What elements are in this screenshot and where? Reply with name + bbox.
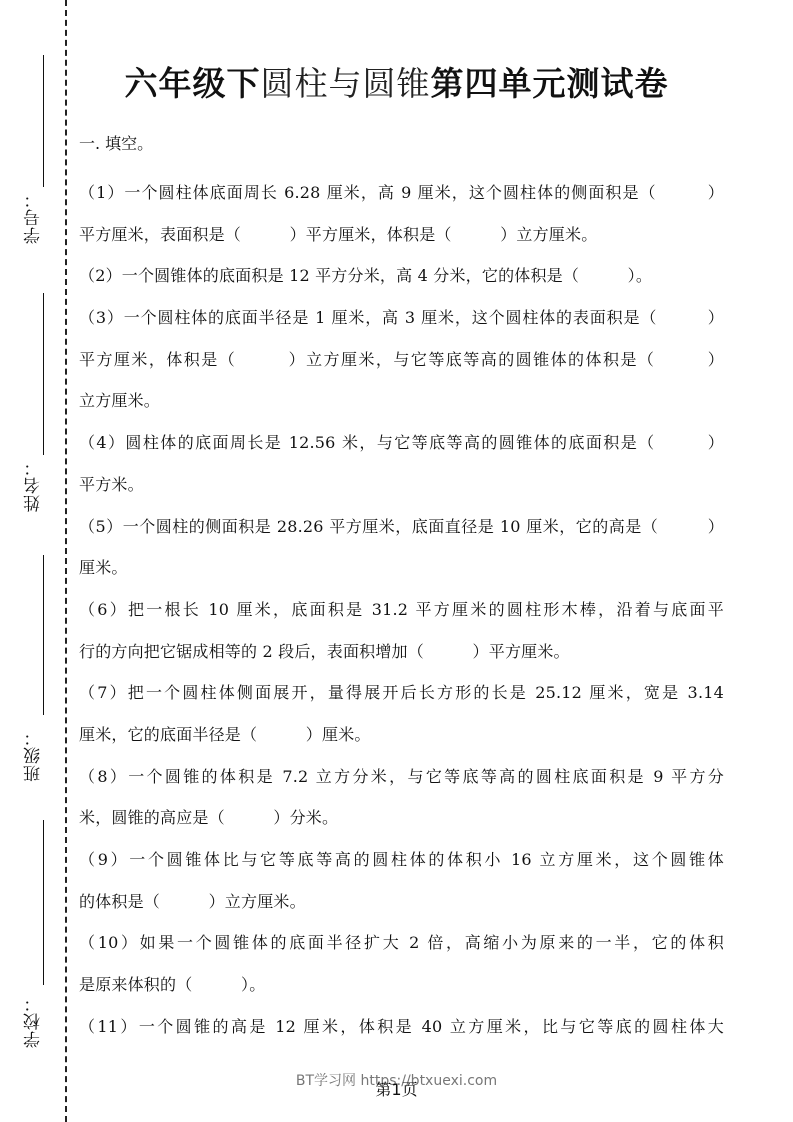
name-underline xyxy=(43,293,44,455)
question-lines: （1）一个圆柱体底面周长 6.28 厘米，高 9 厘米，这个圆柱体的侧面积是（ … xyxy=(79,172,724,1047)
question-line: 平方米。 xyxy=(79,464,724,506)
binding-dashed-line xyxy=(65,0,67,1122)
question-line: （11）一个圆锥的高是 12 厘米，体积是 40 立方厘米，比与它等底的圆柱体大 xyxy=(79,1006,724,1048)
title-grade: 六年级下 xyxy=(125,64,261,103)
question-line: （1）一个圆柱体底面周长 6.28 厘米，高 9 厘米，这个圆柱体的侧面积是（ … xyxy=(79,172,724,214)
question-line: （3）一个圆柱体的底面半径是 1 厘米，高 3 厘米，这个圆柱体的表面积是（ ） xyxy=(79,297,724,339)
question-line: （9）一个圆锥体比与它等底等高的圆柱体的体积小 16 立方厘米，这个圆锥体 xyxy=(79,839,724,881)
page-title: 六年级下圆柱与圆锥第四单元测试卷 xyxy=(0,58,793,105)
school-label: 学校： xyxy=(22,994,46,1048)
page-number: 第1页 xyxy=(0,1077,793,1100)
question-line: （8）一个圆锥的体积是 7.2 立方分米，与它等底等高的圆柱底面积是 9 平方分 xyxy=(79,756,724,798)
question-line: （5）一个圆柱的侧面积是 28.26 平方厘米，底面直径是 10 厘米，它的高是… xyxy=(79,506,724,548)
question-line: （4）圆柱体的底面周长是 12.56 米，与它等底等高的圆锥体的底面积是（ ） xyxy=(79,422,724,464)
question-content: 一. 填空。 （1）一个圆柱体底面周长 6.28 厘米，高 9 厘米，这个圆柱体… xyxy=(79,132,724,1047)
question-line: 厘米。 xyxy=(79,547,724,589)
class-label: 班级： xyxy=(22,728,46,782)
question-line: 厘米，它的底面半径是（ ）厘米。 xyxy=(79,714,724,756)
section-heading: 一. 填空。 xyxy=(79,132,724,172)
question-line: 是原来体积的（ ）。 xyxy=(79,964,724,1006)
question-line: 平方厘米，体积是（ ）立方厘米，与它等底等高的圆锥体的体积是（ ） xyxy=(79,339,724,381)
school-underline xyxy=(43,820,44,985)
question-line: 米，圆锥的高应是（ ）分米。 xyxy=(79,797,724,839)
class-underline xyxy=(43,555,44,715)
question-line: 行的方向把它锯成相等的 2 段后，表面积增加（ ）平方厘米。 xyxy=(79,631,724,673)
student-id-label: 学号： xyxy=(22,190,46,244)
question-line: （6）把一根长 10 厘米，底面积是 31.2 平方厘米的圆柱形木棒，沿着与底面… xyxy=(79,589,724,631)
title-unit: 第四单元测试卷 xyxy=(431,64,669,103)
question-line: 平方厘米，表面积是（ ）平方厘米，体积是（ ）立方厘米。 xyxy=(79,214,724,256)
name-label: 姓名： xyxy=(22,458,46,512)
question-line: 立方厘米。 xyxy=(79,380,724,422)
question-line: 的体积是（ ）立方厘米。 xyxy=(79,881,724,923)
title-topic: 圆柱与圆锥 xyxy=(261,64,431,103)
question-line: （7）把一个圆柱体侧面展开，量得展开后长方形的长是 25.12 厘米，宽是 3.… xyxy=(79,672,724,714)
question-line: （10）如果一个圆锥体的底面半径扩大 2 倍，高缩小为原来的一半，它的体积 xyxy=(79,922,724,964)
question-line: （2）一个圆锥体的底面积是 12 平方分米，高 4 分米，它的体积是（ ）。 xyxy=(79,255,724,297)
